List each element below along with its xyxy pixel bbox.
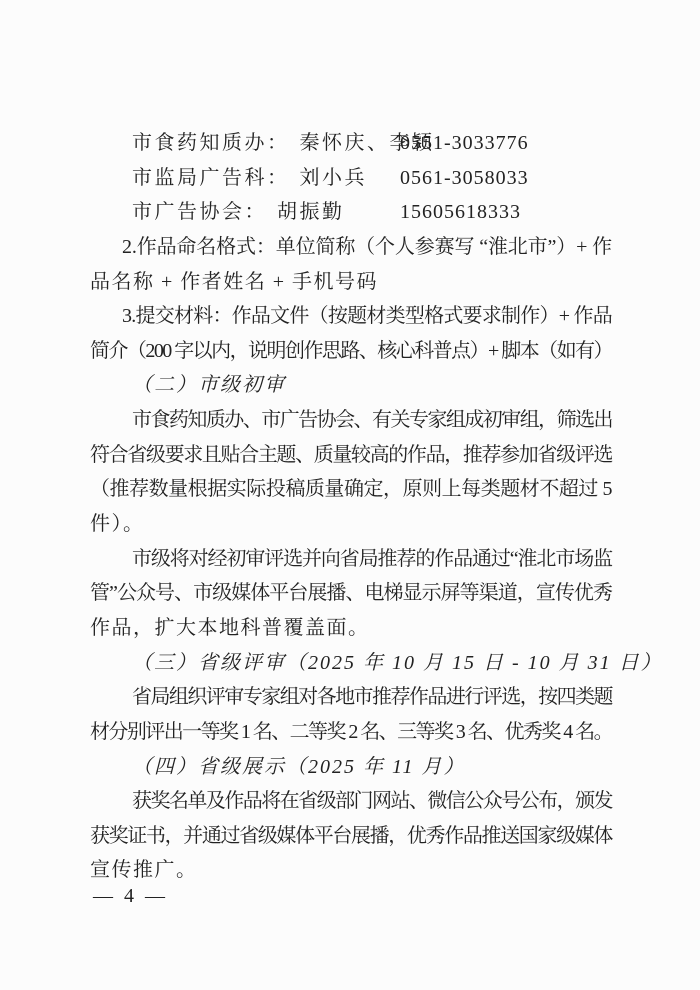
contact-text: 市食药知质办：秦怀庆、李颖 <box>132 126 435 161</box>
contact-name: 胡振勤 <box>277 201 345 223</box>
paragraph-line: 3.提交材料：作品文件（按题材类型格式要求制作）+ 作品 <box>90 299 612 334</box>
contact-row: 市食药知质办：秦怀庆、李颖0551-3033776 <box>90 126 612 161</box>
line-text: 简介（200 字以内，说明创作思路、核心科普点）+ 脚本（如有） <box>90 334 612 369</box>
section-heading: （二）市级初审 <box>90 368 612 403</box>
contact-row: 市监局广告科：刘小兵0561-3058033 <box>90 161 612 196</box>
contact-label: 市广告协会： <box>132 201 267 223</box>
line-text: 获奖证书，并通过省级媒体平台展播，优秀作品推送国家级媒体 <box>90 819 612 854</box>
line-text: （三）省级评审（2025 年 10 月 15 日 - 10 月 31 日） <box>132 646 663 681</box>
paragraph-line: 作品，扩大本地科普覆盖面。 <box>90 611 612 646</box>
paragraph-line: 2.作品命名格式：单位简称（个人参赛写 “淮北市”）+ 作 <box>90 230 612 265</box>
contact-text: 市广告协会：胡振勤 <box>132 195 345 230</box>
section-heading: （三）省级评审（2025 年 10 月 15 日 - 10 月 31 日） <box>90 646 612 681</box>
paragraph-line: 管”公众号、市级媒体平台展播、电梯显示屏等渠道，宣传优秀 <box>90 576 612 611</box>
line-text: 市食药知质办、市广告协会、有关专家组成初审组，筛选出 <box>132 403 612 438</box>
line-text: 符合省级要求且贴合主题、质量较高的作品，推荐参加省级评选 <box>90 438 612 473</box>
line-text: 件）。 <box>90 507 145 542</box>
paragraph-line: 简介（200 字以内，说明创作思路、核心科普点）+ 脚本（如有） <box>90 334 612 369</box>
contact-name: 刘小兵 <box>300 167 368 189</box>
contact-phone: 0561-3058033 <box>400 161 529 196</box>
paragraph-line: （推荐数量根据实际投稿质量确定，原则上每类题材不超过 5 <box>90 472 612 507</box>
line-text: （四）省级展示（2025 年 11 月） <box>132 750 466 785</box>
line-text: （推荐数量根据实际投稿质量确定，原则上每类题材不超过 5 <box>90 472 612 507</box>
paragraph-line: 品名称 + 作者姓名 + 手机号码 <box>90 265 612 300</box>
line-text: 2.作品命名格式：单位简称（个人参赛写 “淮北市”）+ 作 <box>122 230 612 265</box>
document-page: 市食药知质办：秦怀庆、李颖0551-3033776市监局广告科：刘小兵0561-… <box>0 0 700 990</box>
line-text: 3.提交材料：作品文件（按题材类型格式要求制作）+ 作品 <box>122 299 612 334</box>
paragraph-line: 材分别评出一等奖 1 名、二等奖 2 名、三等奖 3 名、优秀奖 4 名。 <box>90 715 612 750</box>
contact-label: 市食药知质办： <box>132 132 290 154</box>
paragraph-line: 符合省级要求且贴合主题、质量较高的作品，推荐参加省级评选 <box>90 438 612 473</box>
contact-row: 市广告协会：胡振勤15605618333 <box>90 195 612 230</box>
line-text: 材分别评出一等奖 1 名、二等奖 2 名、三等奖 3 名、优秀奖 4 名。 <box>90 715 612 750</box>
page-number: — 4 — <box>93 884 168 908</box>
paragraph-line: 市食药知质办、市广告协会、有关专家组成初审组，筛选出 <box>90 403 612 438</box>
contact-text: 市监局广告科：刘小兵 <box>132 161 367 196</box>
line-text: 品名称 + 作者姓名 + 手机号码 <box>90 265 378 300</box>
line-text: 管”公众号、市级媒体平台展播、电梯显示屏等渠道，宣传优秀 <box>90 576 612 611</box>
line-text: 作品，扩大本地科普覆盖面。 <box>90 611 370 646</box>
paragraph-line: 获奖证书，并通过省级媒体平台展播，优秀作品推送国家级媒体 <box>90 819 612 854</box>
paragraph-line: 市级将对经初审评选并向省局推荐的作品通过“淮北市场监 <box>90 542 612 577</box>
contact-phone: 15605618333 <box>400 195 521 230</box>
line-text: 获奖名单及作品将在省级部门网站、微信公众号公布，颁发 <box>132 784 612 819</box>
line-text: 宣传推广。 <box>90 853 198 888</box>
line-text: （二）市级初审 <box>132 368 286 403</box>
section-heading: （四）省级展示（2025 年 11 月） <box>90 750 612 785</box>
contact-phone: 0551-3033776 <box>400 126 529 161</box>
line-text: 省局组织评审专家组对各地市推荐作品进行评选，按四类题 <box>132 680 612 715</box>
line-text: 市级将对经初审评选并向省局推荐的作品通过“淮北市场监 <box>132 542 612 577</box>
contact-label: 市监局广告科： <box>132 167 290 189</box>
paragraph-line: 省局组织评审专家组对各地市推荐作品进行评选，按四类题 <box>90 680 612 715</box>
paragraph-line: 宣传推广。 <box>90 853 612 888</box>
paragraph-line: 件）。 <box>90 507 612 542</box>
document-body: 市食药知质办：秦怀庆、李颖0551-3033776市监局广告科：刘小兵0561-… <box>90 126 612 888</box>
paragraph-line: 获奖名单及作品将在省级部门网站、微信公众号公布，颁发 <box>90 784 612 819</box>
